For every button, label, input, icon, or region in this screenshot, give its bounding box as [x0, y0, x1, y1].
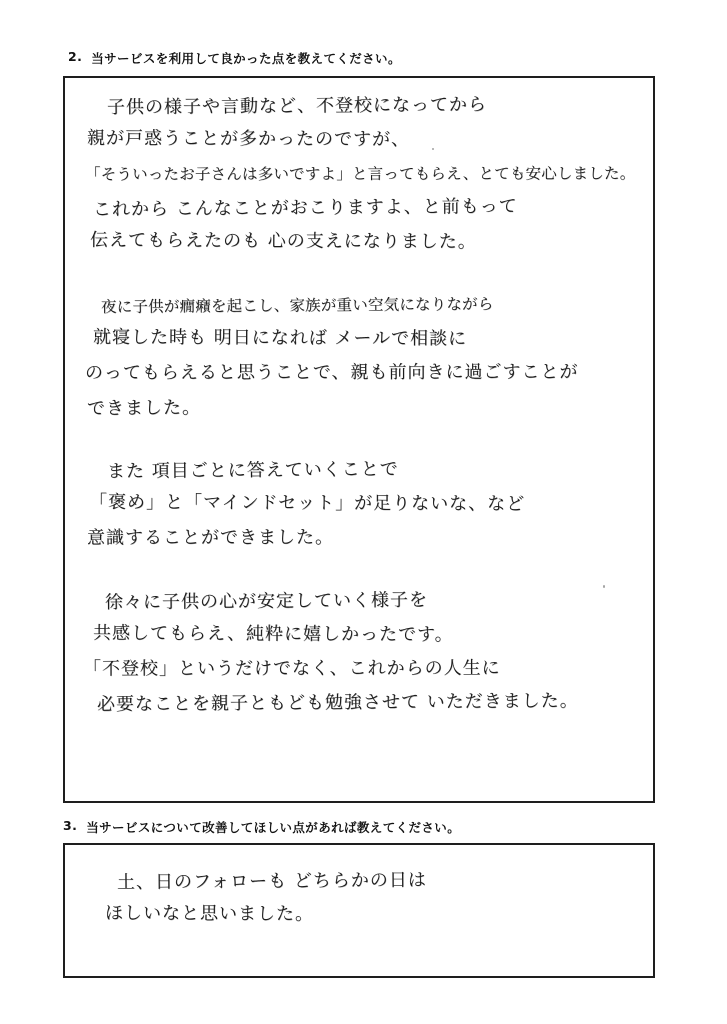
handwritten-line: 土、日のフォローも どちらかの日は [117, 862, 653, 900]
handwritten-line: また 項目ごとに答えていくことで [107, 451, 653, 489]
question-3-answer-box: 土、日のフォローも どちらかの日は ほしいなと思いました。 [63, 843, 655, 978]
question-3-text: 当サービスについて改善してほしい点があれば教えてください。 [86, 818, 460, 836]
handwritten-line: これから こんなことがおこりますよ、と前もって [93, 189, 653, 227]
question-2-label: 2. 当サービスを利用して良かった点を教えてください。 [68, 49, 401, 67]
handwritten-line: 必要なことを親子ともども勉強させて いただきました。 [97, 684, 653, 722]
scanned-survey-page: 2. 当サービスを利用して良かった点を教えてください。 子供の様子や言動など、不… [0, 0, 727, 1024]
answer-paragraph-1: 子供の様子や言動など、不登校になってから 親が戸惑うことが多かったのですが、 「… [65, 89, 653, 259]
handwritten-line: 「褒め」と「マインドセット」が足りないな、など [89, 486, 653, 522]
handwritten-line: 徐々に子供の心が安定していく様子を [105, 582, 653, 620]
handwritten-line: ほしいなと思いました。 [105, 897, 653, 933]
handwritten-line: 親が戸惑うことが多かったのですが、 [87, 122, 653, 158]
scan-noise-dot [603, 585, 605, 588]
question-3-label: 3. 当サービスについて改善してほしい点があれば教えてください。 [63, 818, 460, 836]
handwritten-line: のってもらえると思うことで、親も前向きに過ごすことが [85, 356, 653, 391]
handwritten-line: 共感してもらえ、純粋に嬉しかったです。 [93, 617, 653, 653]
answer-paragraph-2: 夜に子供が癇癪を起こし、家族が重い空気になりながら 就寝した時も 明日になれば … [65, 288, 653, 424]
handwritten-line: できました。 [87, 388, 653, 426]
handwritten-line: 夜に子供が癇癪を起こし、家族が重い空気になりながら [101, 286, 653, 324]
question-2-text: 当サービスを利用して良かった点を教えてください。 [91, 49, 401, 67]
handwritten-line: 伝えてもらえたのも 心の支えになりました。 [90, 224, 653, 260]
scan-noise-dot [520, 172, 523, 175]
scan-noise-dot [432, 148, 434, 150]
handwritten-line: 就寝した時も 明日になれば メールで相談に [93, 321, 653, 357]
question-2-answer-box: 子供の様子や言動など、不登校になってから 親が戸惑うことが多かったのですが、 「… [63, 76, 655, 803]
handwritten-line: 意識することができました。 [87, 521, 653, 556]
answer-paragraph-3: また 項目ごとに答えていくことで 「褒め」と「マインドセット」が足りないな、など… [65, 453, 653, 555]
handwritten-line: 子供の様子や言動など、不登校になってから [107, 87, 653, 125]
question-2-number: 2. [68, 49, 82, 67]
question-3-number: 3. [63, 818, 77, 836]
answer-paragraph-4: 徐々に子供の心が安定していく様子を 共感してもらえ、純粋に嬉しかったです。 「不… [65, 584, 653, 720]
handwritten-line: 「不登校」というだけでなく、これからの人生に [83, 652, 653, 687]
handwritten-line: 「そういったお子さんは多いですよ」と言ってもらえ、とても安心しました。 [85, 157, 653, 192]
answer-paragraph-5: 土、日のフォローも どちらかの日は ほしいなと思いました。 [65, 864, 653, 932]
